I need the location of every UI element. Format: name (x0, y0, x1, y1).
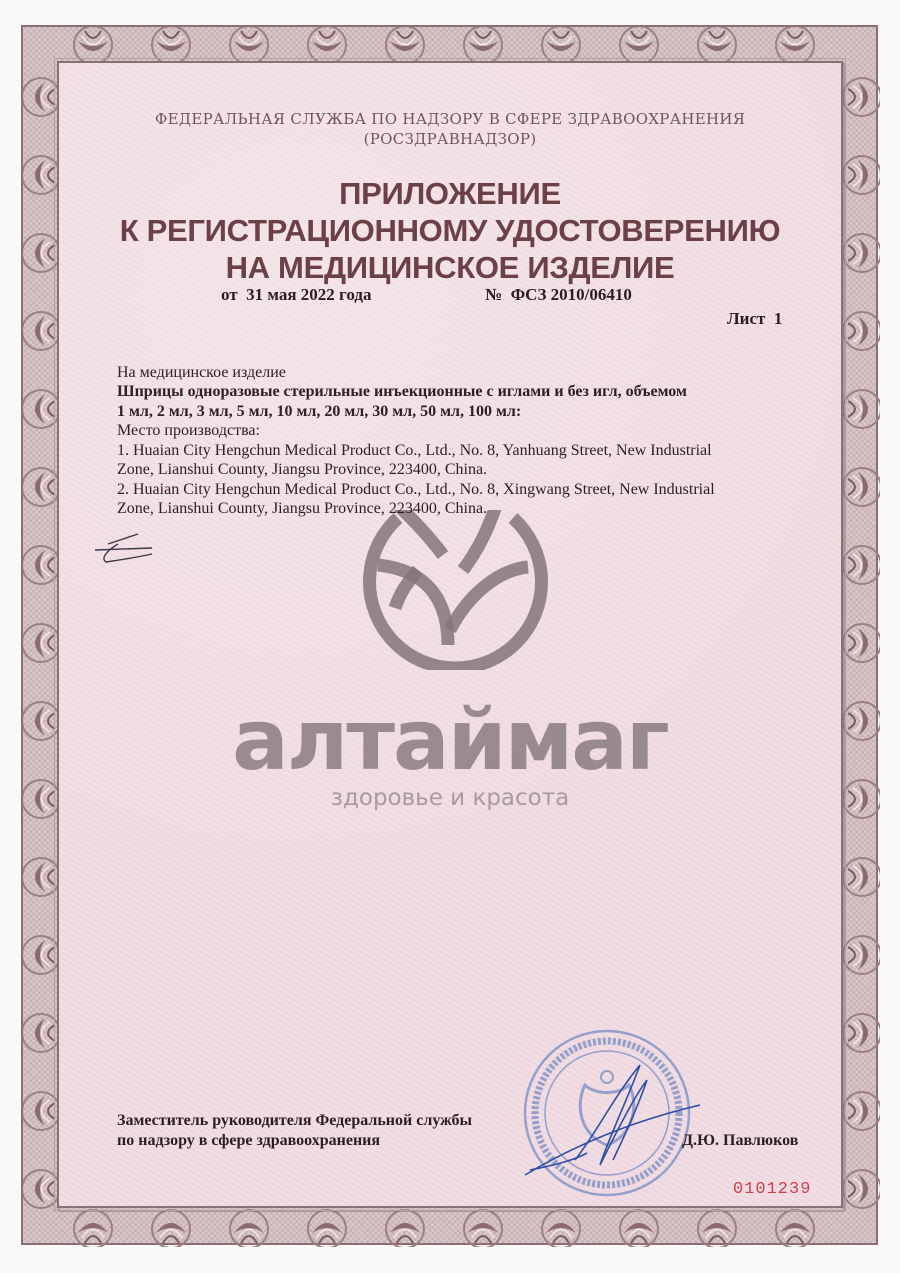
product-name-line2: 1 мл, 2 мл, 3 мл, 5 мл, 10 мл, 20 мл, 30… (117, 402, 807, 422)
product-name-line1: Шприцы одноразовые стерильные инъекционн… (117, 382, 807, 402)
production-site-2-line2: Zone, Lianshui County, Jiangsu Province,… (117, 499, 807, 519)
serial-number: 0101239 (733, 1180, 811, 1199)
document-title-line1: ПРИЛОЖЕНИЕ (0, 175, 900, 212)
document-title-line3: НА МЕДИЦИНСКОЕ ИЗДЕЛИЕ (0, 249, 900, 286)
production-label: Место производства: (117, 421, 807, 441)
production-site-1-line1: 1. Huaian City Hengchun Medical Product … (117, 441, 807, 461)
document-title-line2: К РЕГИСТРАЦИОННОМУ УДОСТОВЕРЕНИЮ (0, 212, 900, 249)
watermark-tagline: здоровье и красота (0, 785, 900, 811)
leaf-circle-logo-icon (338, 510, 558, 670)
sheet-number: Лист 1 (727, 309, 782, 329)
agency-short-name: (РОСЗДРАВНАДЗОР) (0, 130, 900, 149)
agency-name: ФЕДЕРАЛЬНАЯ СЛУЖБА ПО НАДЗОРУ В СФЕРЕ ЗД… (0, 110, 900, 129)
signatory-position-line1: Заместитель руководителя Федеральной слу… (117, 1111, 472, 1131)
certificate-number: № ФСЗ 2010/06410 (485, 285, 632, 305)
product-intro: На медицинское изделие (117, 363, 807, 383)
official-seal-icon (515, 1025, 700, 1205)
production-site-2-line1: 2. Huaian City Hengchun Medical Product … (117, 480, 807, 500)
watermark-brand: алтаймаг (0, 690, 900, 790)
signatory-position-line2: по надзору в сфере здравоохранения (117, 1131, 380, 1151)
signatory-name: Д.Ю. Павлюков (682, 1131, 798, 1151)
document-date: от 31 мая 2022 года (221, 285, 371, 305)
handwritten-mark-icon (90, 530, 160, 570)
production-site-1-line2: Zone, Lianshui County, Jiangsu Province,… (117, 460, 807, 480)
